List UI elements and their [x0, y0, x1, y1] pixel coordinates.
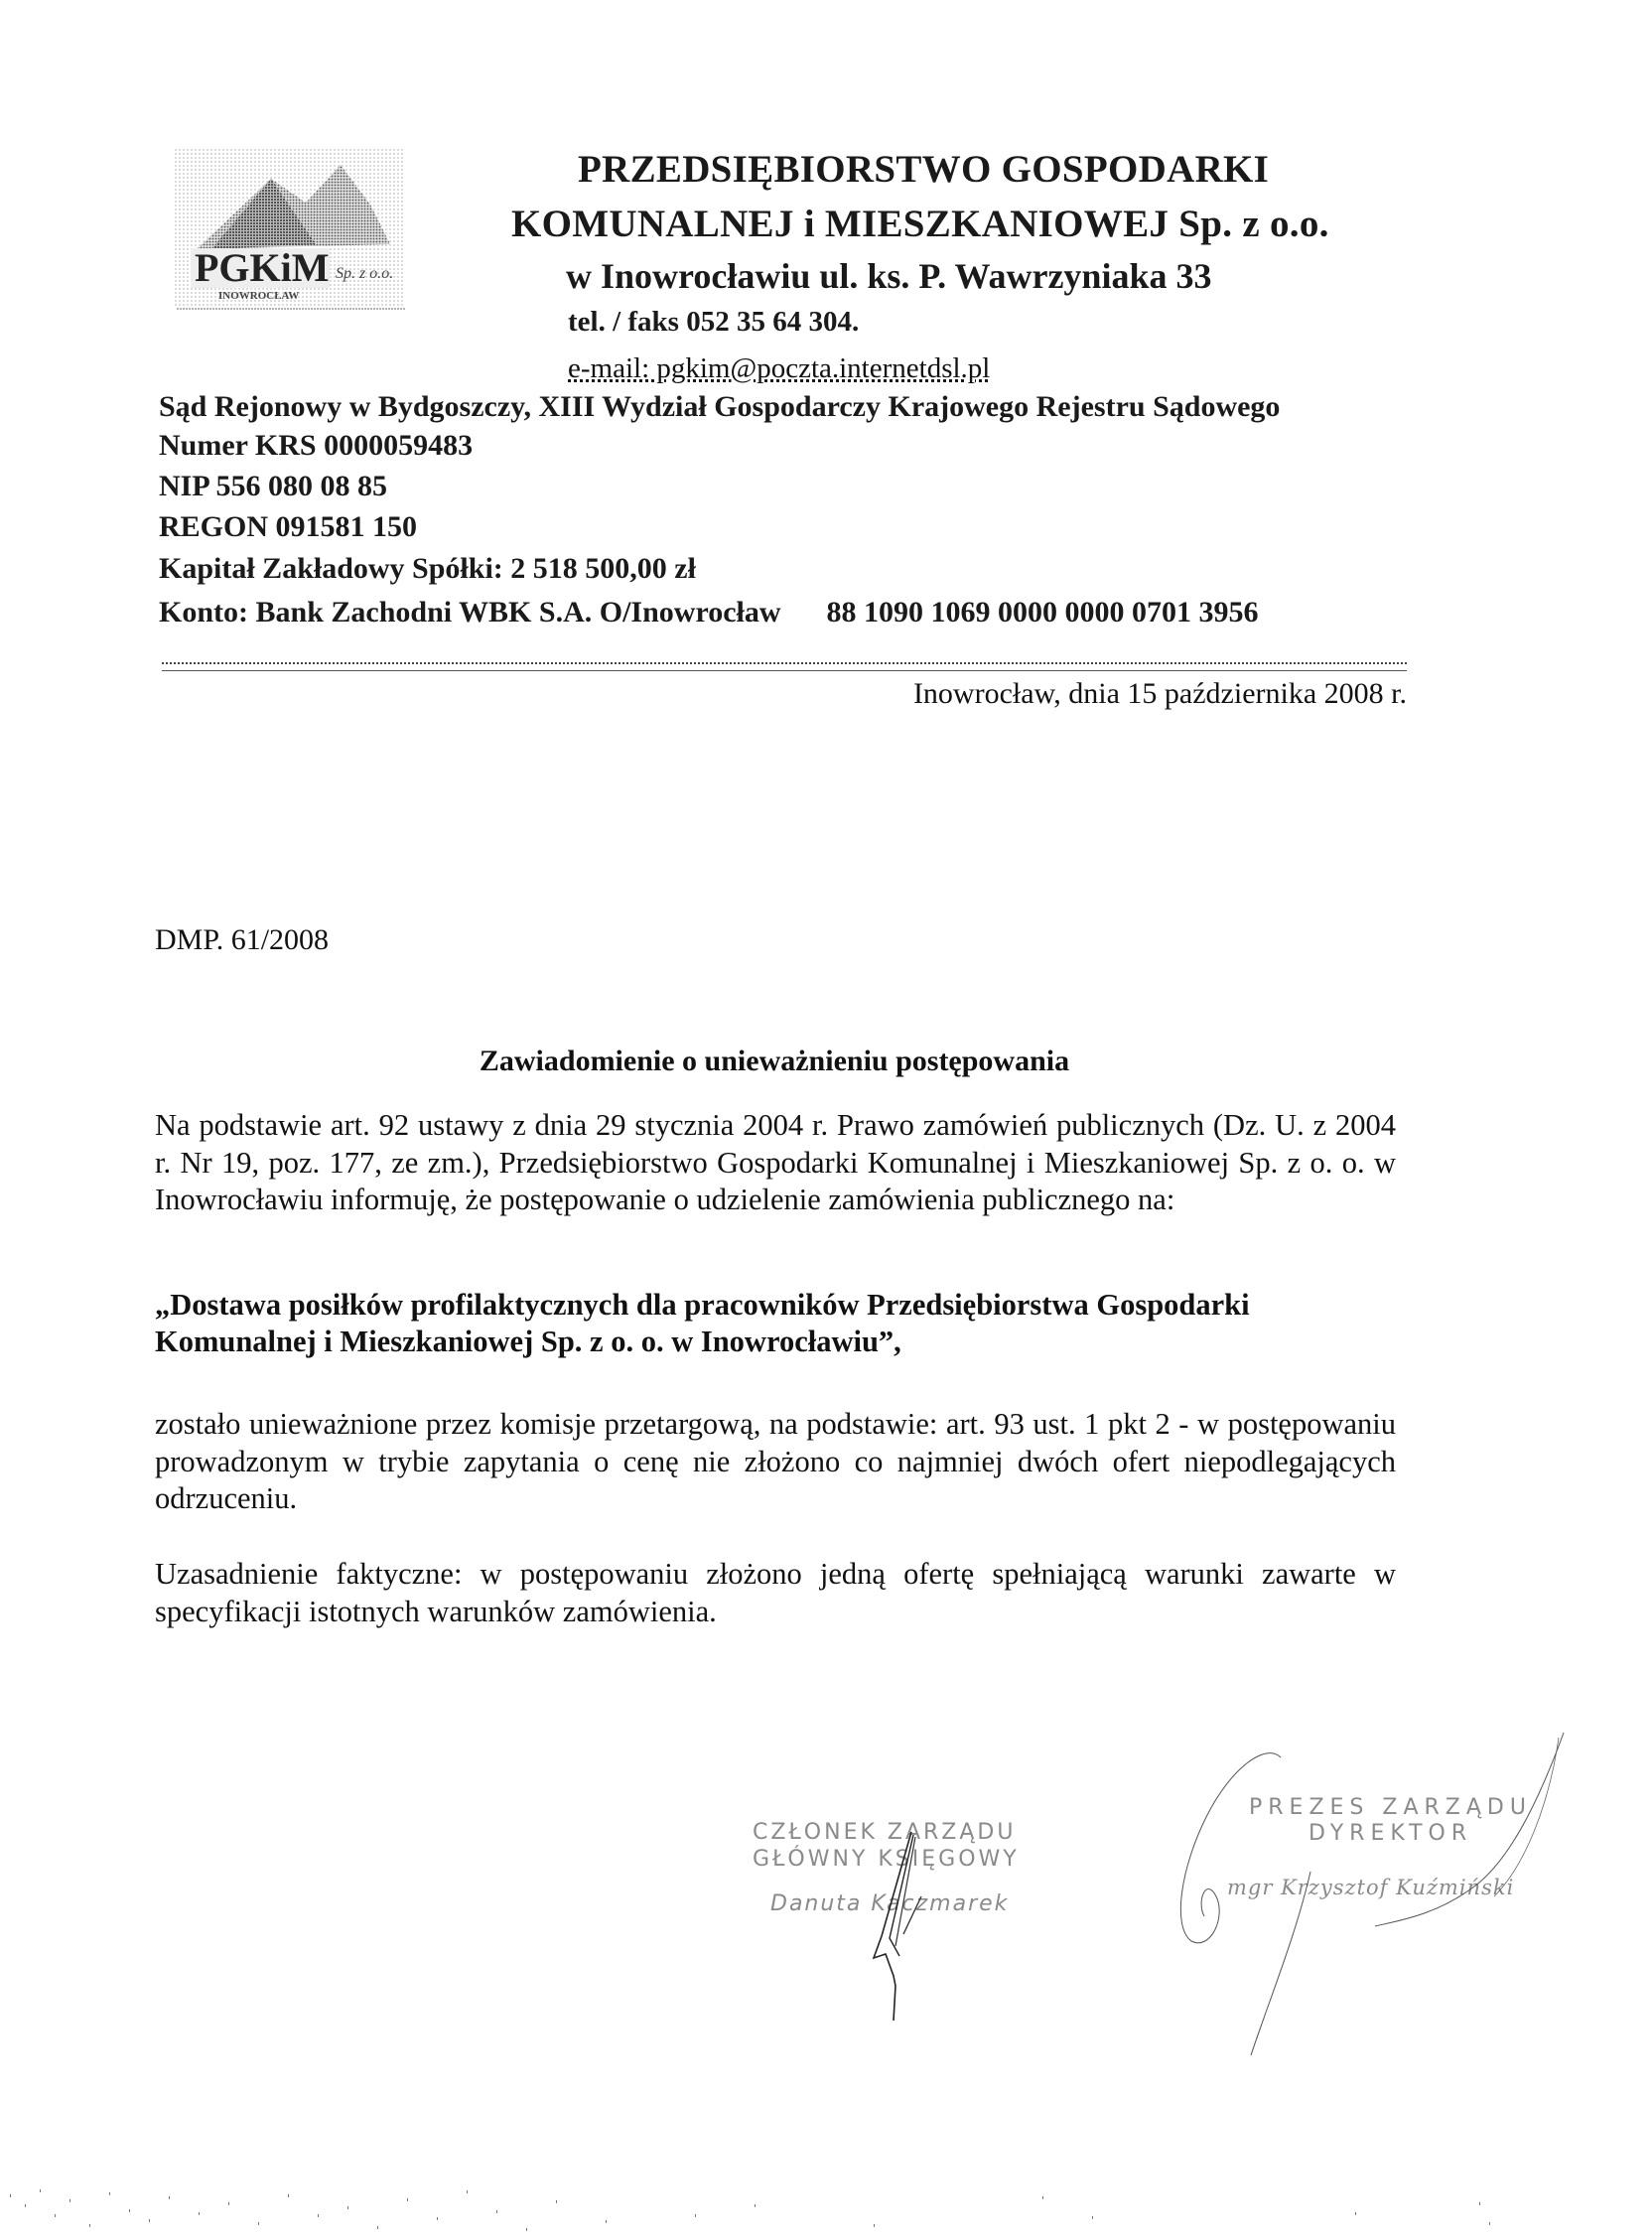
company-name-line2: KOMUNALNEJ i MIESZKANIOWEJ Sp. z o.o. — [511, 202, 1329, 246]
signature-right — [1176, 1728, 1574, 2065]
krs-number: Numer KRS 0000059483 — [159, 429, 473, 463]
reference-number: DMP. 61/2008 — [155, 923, 329, 957]
account-number: 88 1090 1069 0000 0000 0701 3956 — [827, 596, 1259, 629]
nip-number: NIP 556 080 08 85 — [159, 470, 387, 503]
company-email[interactable]: e-mail: pgkim@poczta.internetdsl.pl — [568, 352, 990, 385]
scan-noise — [0, 2184, 1652, 2235]
body-paragraph-justification: Uzasadnienie faktyczne: w postępowaniu z… — [155, 1556, 1396, 1630]
company-phone: tel. / faks 052 35 64 304. — [568, 306, 859, 339]
regon-number: REGON 091581 150 — [159, 510, 417, 544]
share-capital: Kapitał Zakładowy Spółki: 2 518 500,00 z… — [159, 552, 696, 586]
body-paragraph-decision: zostało unieważnione przez komisje przet… — [155, 1406, 1396, 1518]
document-title: Zawiadomienie o unieważnieniu postępowan… — [0, 1045, 1549, 1078]
company-logo: PGKiM Sp. z o.o. INOWROCŁAW — [167, 145, 413, 312]
logo-graphic: PGKiM Sp. z o.o. INOWROCŁAW — [167, 145, 413, 312]
body-paragraph-legal-basis: Na podstawie art. 92 ustawy z dnia 29 st… — [155, 1107, 1396, 1219]
svg-text:PGKiM: PGKiM — [195, 245, 330, 290]
svg-text:Sp. z o.o.: Sp. z o.o. — [336, 265, 393, 282]
svg-text:INOWROCŁAW: INOWROCŁAW — [218, 290, 299, 302]
document-date: Inowrocław, dnia 15 października 2008 r. — [913, 677, 1407, 711]
bank-name: Konto: Bank Zachodni WBK S.A. O/Inowrocł… — [159, 596, 781, 629]
body-paragraph-subject: „Dostawa posiłków profilaktycznych dla p… — [155, 1287, 1396, 1360]
signature-left — [834, 1827, 953, 2025]
company-name-line1: PRZEDSIĘBIORSTWO GOSPODARKI — [578, 147, 1269, 192]
company-address: w Inowrocławiu ul. ks. P. Wawrzyniaka 33 — [566, 255, 1211, 297]
court-registry: Sąd Rejonowy w Bydgoszczy, XIII Wydział … — [159, 390, 1280, 424]
bank-account-line: Konto: Bank Zachodni WBK S.A. O/Inowrocł… — [159, 596, 1259, 629]
header-divider — [162, 662, 1407, 671]
